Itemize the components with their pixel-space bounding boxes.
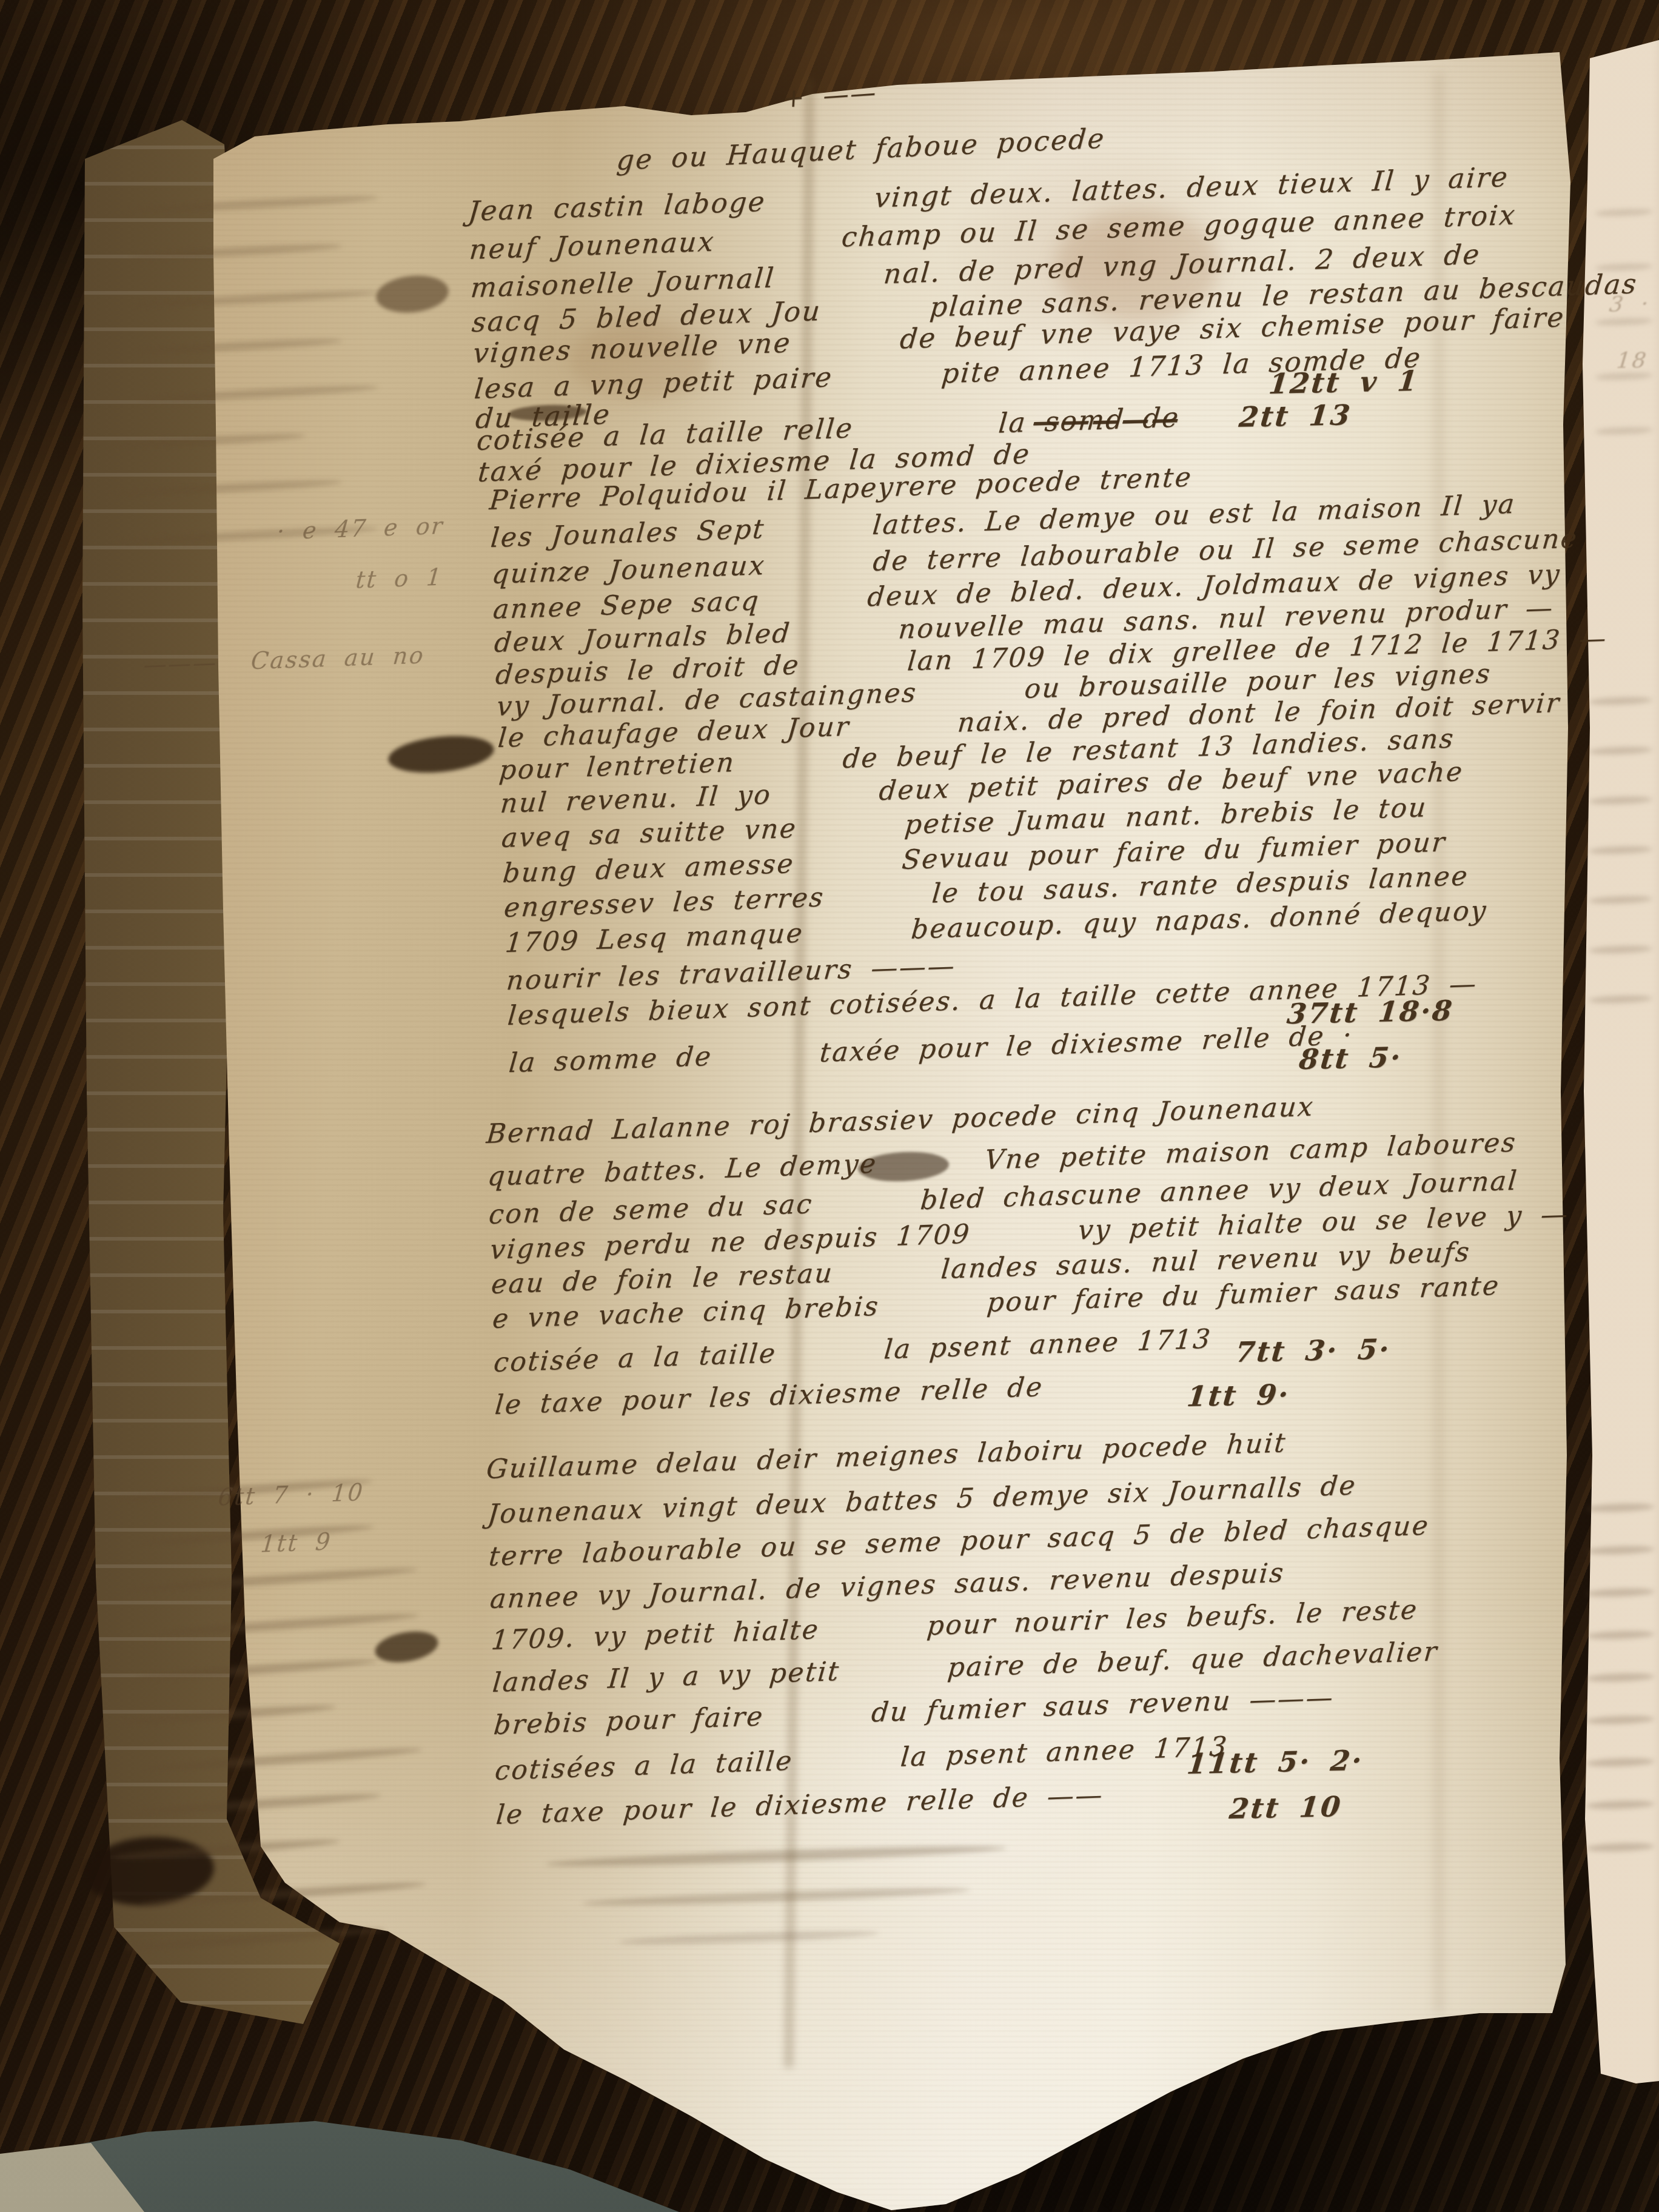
- adjacent-leaf-fragment-1: 3 ·: [1608, 292, 1651, 317]
- ms-amount-guillaume-delau-1: 11tt 5· 2·: [1185, 1744, 1365, 1780]
- ms-amount-pierre-polquidou-1: 37tt 18·8: [1285, 994, 1455, 1030]
- adjacent-leaf-fragment-2: 18: [1615, 348, 1649, 374]
- ms-amount-guillaume-delau-2: 2tt 10: [1228, 1790, 1344, 1825]
- ms-amount-jean-castin-2: ————— 2tt 13: [1031, 398, 1353, 438]
- ms-amount-bernad-lalanne-2: 1tt 9·: [1185, 1378, 1292, 1413]
- margin-note-2: tt o 1: [355, 564, 444, 594]
- margin-note-4: 6tt 7 · 10: [217, 1479, 365, 1511]
- margin-note-5: 1tt 9: [260, 1529, 333, 1558]
- ms-amount-jean-castin-1: 12tt v 1: [1267, 364, 1421, 400]
- ms-amount-pierre-polquidou-2: 8tt 5·: [1298, 1041, 1404, 1076]
- secondary-fold-crease: [1436, 73, 1442, 2013]
- photo-of-manuscript: + ——ge ou Hauquet faboue pocedeJean cast…: [0, 0, 1659, 2212]
- ms-amount-bernad-lalanne-1: 7tt 3· 5·: [1234, 1333, 1392, 1369]
